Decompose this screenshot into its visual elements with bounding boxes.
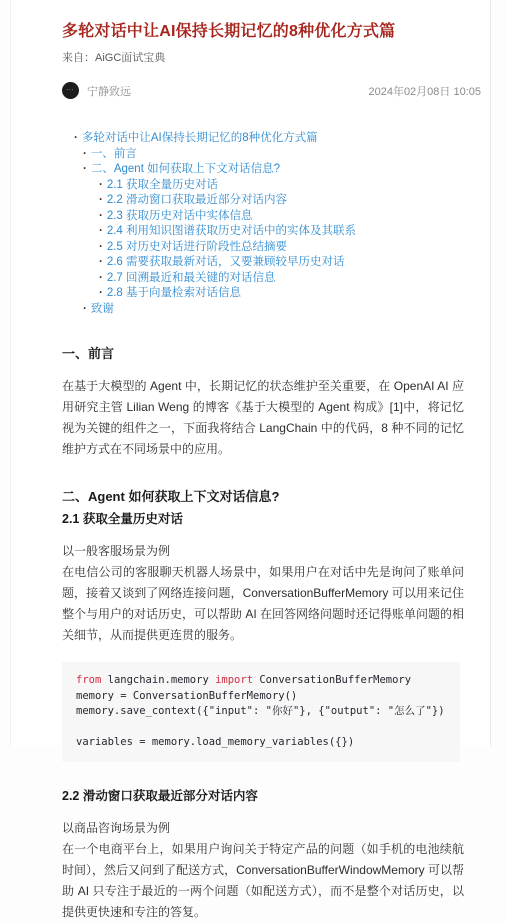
module-name: langchain.memory: [101, 674, 215, 686]
python-code-block[interactable]: from langchain.memory import Conversatio…: [62, 662, 460, 746]
source-label: 来自：AiGC面试宝典: [62, 49, 476, 65]
page-title: 多轮对话中让AI保持长期记忆的8种优化方式篇: [62, 22, 476, 42]
toc-link-2-1[interactable]: 2.1 获取全量历史对话: [107, 179, 218, 191]
toc-link-2-2[interactable]: 2.2 滑动窗口获取最近部分对话内容: [107, 194, 287, 206]
toc-link-title[interactable]: 多轮对话中让AI保持长期记忆的8种优化方式篇: [82, 132, 318, 144]
scenario-body-2-1: 在电信公司的客服聊天机器人场景中，如果用户在对话中先是询问了账单问题，接着又谈到…: [62, 565, 464, 642]
toc-item: 多轮对话中让AI保持长期记忆的8种优化方式篇: [62, 131, 476, 147]
imported-class: ConversationBufferMemory: [253, 674, 411, 686]
toc-link-preface[interactable]: 一、前言: [91, 148, 137, 160]
toc-item: 2.3 获取历史对话中实体信息: [62, 209, 476, 225]
paragraph-preface: 在基于大模型的 Agent 中，长期记忆的状态维护至关重要，在 OpenAI A…: [62, 376, 464, 460]
toc-item: 2.2 滑动窗口获取最近部分对话内容: [62, 193, 476, 209]
table-of-contents: 多轮对话中让AI保持长期记忆的8种优化方式篇 一、前言 二、Agent 如何获取…: [62, 131, 476, 317]
code-line-load-variables: variables = memory.load_memory_variables…: [76, 735, 450, 746]
code-line-blank: [76, 720, 450, 736]
toc-item: 二、Agent 如何获取上下文对话信息?: [62, 162, 476, 178]
toc-item: 2.7 回溯最近和最关键的对话信息: [62, 271, 476, 287]
toc-item: 2.8 基于向量检索对话信息: [62, 286, 476, 302]
article-content: 多轮对话中让AI保持长期记忆的8种优化方式篇 来自：AiGC面试宝典 ··· 宁…: [11, 0, 490, 746]
publish-datetime: 2024年02月08日 10:05: [368, 83, 481, 99]
toc-item: 2.4 利用知识图谱获取历史对话中的实体及其联系: [62, 224, 476, 240]
scenario-intro-2-1: 以一般客服场景为例: [62, 541, 464, 562]
toc-link-section2[interactable]: 二、Agent 如何获取上下文对话信息?: [91, 163, 280, 175]
toc-item: 2.6 需要获取最新对话，又要兼顾较早历史对话: [62, 255, 476, 271]
keyword-import: import: [215, 674, 253, 686]
author-avatar[interactable]: ···: [62, 82, 79, 99]
toc-link-acknowledgement[interactable]: 致谢: [91, 303, 114, 315]
toc-link-2-4[interactable]: 2.4 利用知识图谱获取历史对话中的实体及其联系: [107, 225, 356, 237]
toc-link-2-7[interactable]: 2.7 回溯最近和最关键的对话信息: [107, 272, 276, 284]
heading-section2: 二、Agent 如何获取上下文对话信息?: [62, 486, 476, 505]
paragraph-2-1: 以一般客服场景为例在电信公司的客服聊天机器人场景中，如果用户在对话中先是询问了账…: [62, 541, 464, 646]
code-line-import: from langchain.memory import Conversatio…: [76, 673, 450, 689]
code-line-save-context: memory.save_context({"input": "你好"}, {"o…: [76, 704, 450, 720]
author-meta-row: ··· 宁静致远 2024年02月08日 10:05: [62, 82, 481, 99]
author-name[interactable]: 宁静致远: [87, 83, 131, 99]
code-line-memory-init: memory = ConversationBufferMemory(): [76, 689, 450, 705]
toc-link-2-5[interactable]: 2.5 对历史对话进行阶段性总结摘要: [107, 241, 287, 253]
toc-link-2-3[interactable]: 2.3 获取历史对话中实体信息: [107, 210, 253, 222]
keyword-from: from: [76, 674, 101, 686]
toc-link-2-8[interactable]: 2.8 基于向量检索对话信息: [107, 287, 241, 299]
toc-link-2-6[interactable]: 2.6 需要获取最新对话，又要兼顾较早历史对话: [107, 256, 345, 268]
toc-item: 2.5 对历史对话进行阶段性总结摘要: [62, 240, 476, 256]
article-page: 多轮对话中让AI保持长期记忆的8种优化方式篇 来自：AiGC面试宝典 ··· 宁…: [10, 0, 491, 746]
toc-item: 2.1 获取全量历史对话: [62, 178, 476, 194]
toc-item: 致谢: [62, 302, 476, 318]
heading-preface: 一、前言: [62, 343, 476, 362]
toc-item: 一、前言: [62, 147, 476, 163]
heading-2-1: 2.1 获取全量历史对话: [62, 509, 476, 527]
